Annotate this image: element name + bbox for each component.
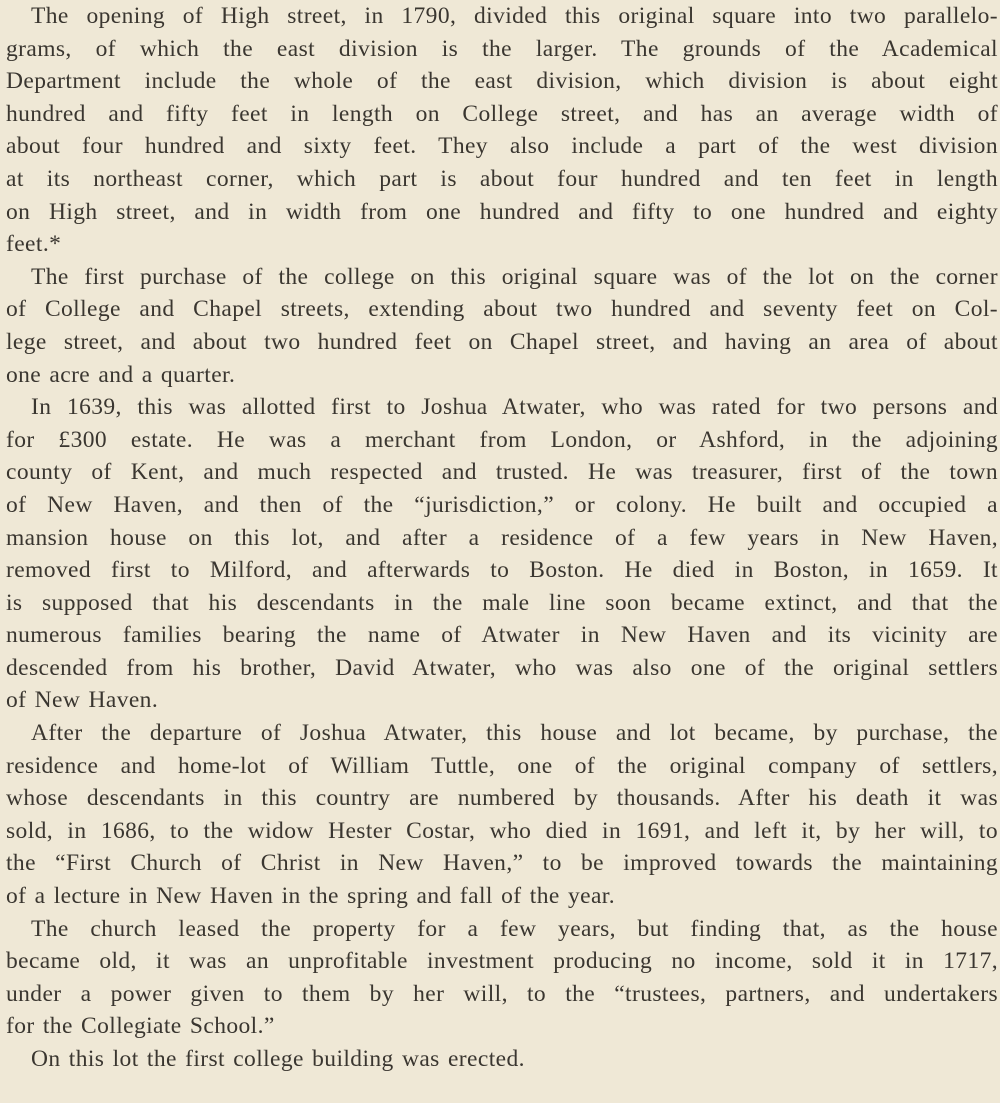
- paragraph-first-building: On this lot the first college building w…: [6, 1043, 998, 1076]
- paragraph-church-lease: The church leased the property for a few…: [6, 913, 998, 1043]
- text-line: In 1639, this was allotted first to Josh…: [6, 391, 998, 424]
- text-line: After the departure of Joshua Atwater, t…: [6, 717, 998, 750]
- text-line: Department include the whole of the east…: [6, 65, 998, 98]
- text-line: whose descendants in this country are nu…: [6, 782, 998, 815]
- text-line: On this lot the first college building w…: [6, 1043, 998, 1076]
- text-line: hundred and fifty feet in length on Coll…: [6, 98, 998, 131]
- text-line: county of Kent, and much respected and t…: [6, 456, 998, 489]
- text-line: the “First Church of Christ in New Haven…: [6, 847, 998, 880]
- text-line: The church leased the property for a few…: [6, 913, 998, 946]
- text-line: became old, it was an unprofitable inves…: [6, 945, 998, 978]
- text-line: sold, in 1686, to the widow Hester Costa…: [6, 815, 998, 848]
- text-line: removed first to Milford, and afterwards…: [6, 554, 998, 587]
- text-line: for the Collegiate School.”: [6, 1010, 998, 1043]
- text-line: one acre and a quarter.: [6, 359, 998, 392]
- paragraph-first-purchase: The first purchase of the college on thi…: [6, 261, 998, 391]
- text-line: about four hundred and sixty feet. They …: [6, 130, 998, 163]
- text-line: of New Haven.: [6, 684, 998, 717]
- text-line: numerous families bearing the name of At…: [6, 619, 998, 652]
- text-line: of New Haven, and then of the “jurisdict…: [6, 489, 998, 522]
- text-line: of College and Chapel streets, extending…: [6, 293, 998, 326]
- text-line: mansion house on this lot, and after a r…: [6, 522, 998, 555]
- paragraph-joshua-atwater: In 1639, this was allotted first to Josh…: [6, 391, 998, 717]
- text-line: on High street, and in width from one hu…: [6, 196, 998, 229]
- text-line: at its northeast corner, which part is a…: [6, 163, 998, 196]
- document-page: The opening of High street, in 1790, div…: [6, 0, 998, 1076]
- text-line: grams, of which the east division is the…: [6, 33, 998, 66]
- paragraph-william-tuttle: After the departure of Joshua Atwater, t…: [6, 717, 998, 913]
- text-line: feet.*: [6, 228, 998, 261]
- text-line: The opening of High street, in 1790, div…: [6, 0, 998, 33]
- text-line: descended from his brother, David Atwate…: [6, 652, 998, 685]
- text-line: lege street, and about two hundred feet …: [6, 326, 998, 359]
- text-line: The first purchase of the college on thi…: [6, 261, 998, 294]
- text-line: residence and home-lot of William Tuttle…: [6, 750, 998, 783]
- text-line: of a lecture in New Haven in the spring …: [6, 880, 998, 913]
- text-line: is supposed that his descendants in the …: [6, 587, 998, 620]
- text-line: for £300 estate. He was a merchant from …: [6, 424, 998, 457]
- text-line: under a power given to them by her will,…: [6, 978, 998, 1011]
- paragraph-high-street: The opening of High street, in 1790, div…: [6, 0, 998, 261]
